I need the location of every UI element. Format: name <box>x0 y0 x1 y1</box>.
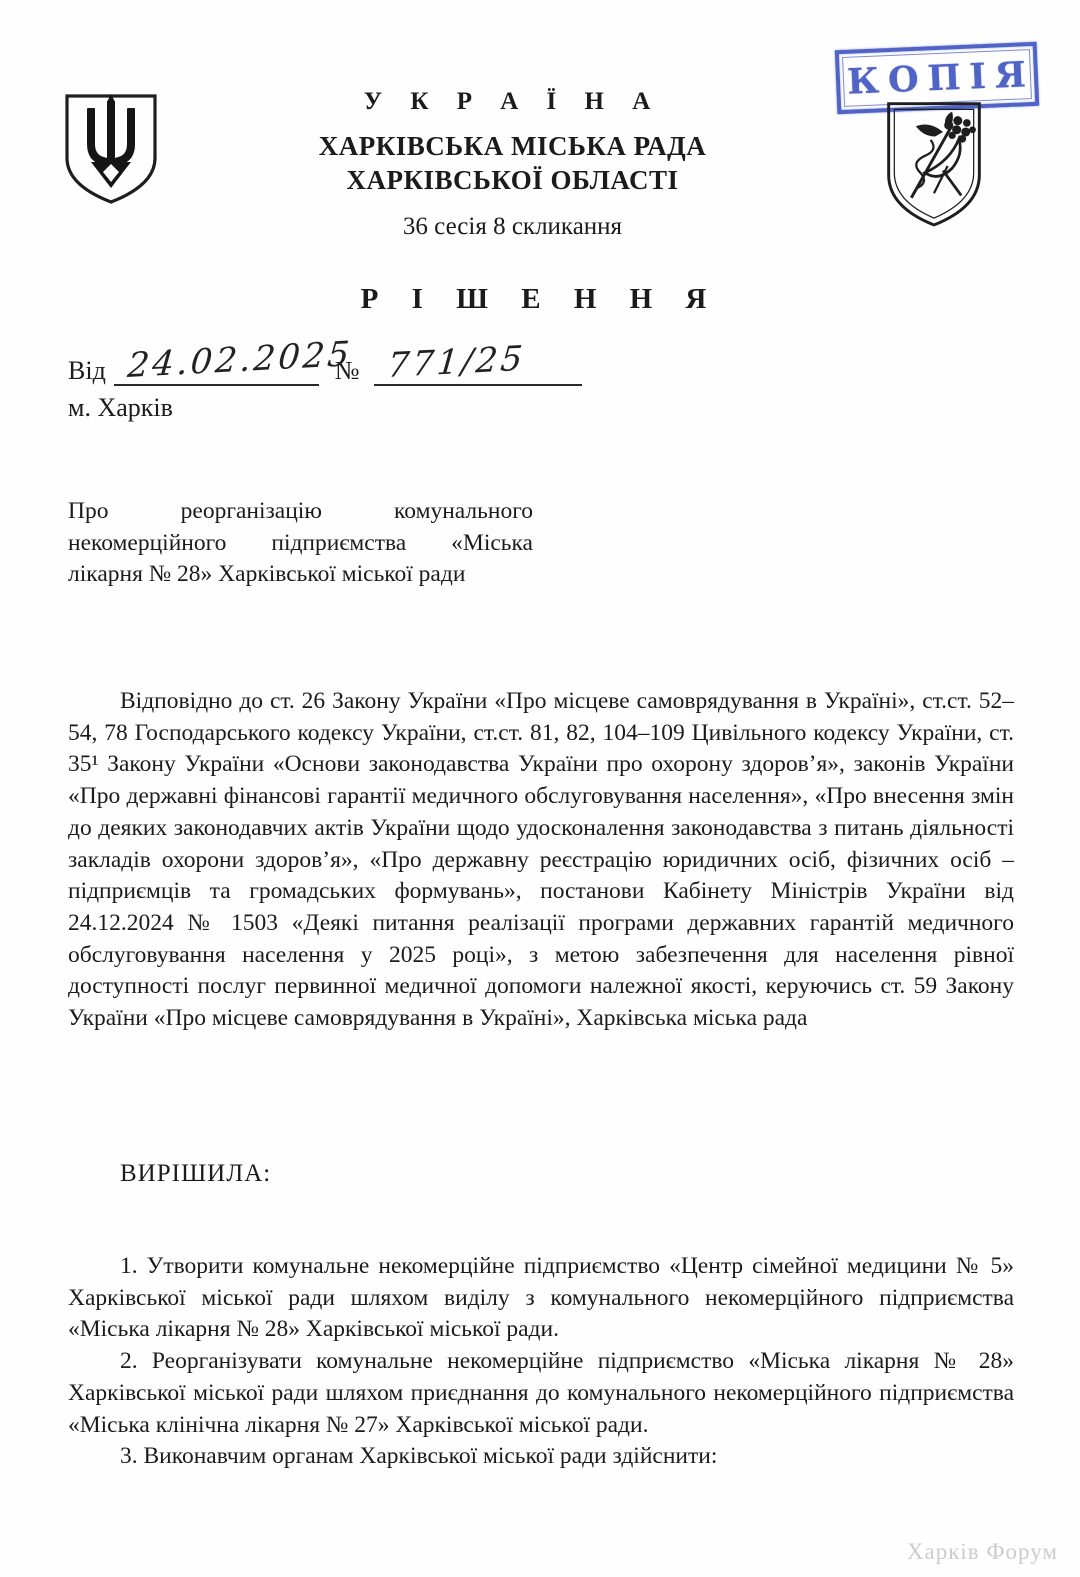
doc-title: Р І Ш Е Н Н Я <box>0 283 1080 316</box>
kharkiv-arms-icon <box>874 98 994 234</box>
trident-icon <box>60 92 162 206</box>
watermark: Харків Форум <box>907 1539 1058 1565</box>
ukraine-trident-emblem <box>60 92 162 206</box>
header-org-line2: ХАРКІВСЬКОЇ ОБЛАСТІ <box>235 165 790 196</box>
preamble-paragraph: Відповідно до ст. 26 Закону України «Про… <box>68 686 1014 1035</box>
meta-block: Від 24.02.2025 № 771/25 м. Харків <box>68 352 648 423</box>
header-session: 36 сесія 8 скликання <box>235 213 790 241</box>
resolution-items: 1. Утворити комунальне некомерційне підп… <box>68 1251 1014 1473</box>
meta-row: Від 24.02.2025 № 771/25 <box>68 352 648 386</box>
document-page: У К Р А Ї Н А ХАРКІВСЬКА МІСЬКА РАДА ХАР… <box>0 0 1080 1577</box>
number-handwritten: 771/25 <box>386 339 527 386</box>
subject-paragraph: Про реорганізацію комунального некомерці… <box>68 496 533 591</box>
date-underline: 24.02.2025 <box>114 352 319 386</box>
number-underline: 771/25 <box>374 352 582 386</box>
city-label: м. Харків <box>68 393 648 423</box>
copy-stamp-label: КОПІЯ <box>838 53 1035 102</box>
from-label: Від <box>68 356 106 386</box>
resolution-item: 3. Виконавчим органам Харківської місько… <box>68 1441 1014 1473</box>
resolved-label: ВИРІШИЛА: <box>120 1160 271 1188</box>
date-handwritten: 24.02.2025 <box>126 334 354 386</box>
resolution-item: 1. Утворити комунальне некомерційне підп… <box>68 1251 1014 1346</box>
document-header: У К Р А Ї Н А ХАРКІВСЬКА МІСЬКА РАДА ХАР… <box>235 88 790 241</box>
resolution-item: 2. Реорганізувати комунальне некомерційн… <box>68 1346 1014 1441</box>
header-country: У К Р А Ї Н А <box>235 88 790 116</box>
header-org-line1: ХАРКІВСЬКА МІСЬКА РАДА <box>235 131 790 162</box>
kharkiv-coat-of-arms <box>874 98 994 234</box>
